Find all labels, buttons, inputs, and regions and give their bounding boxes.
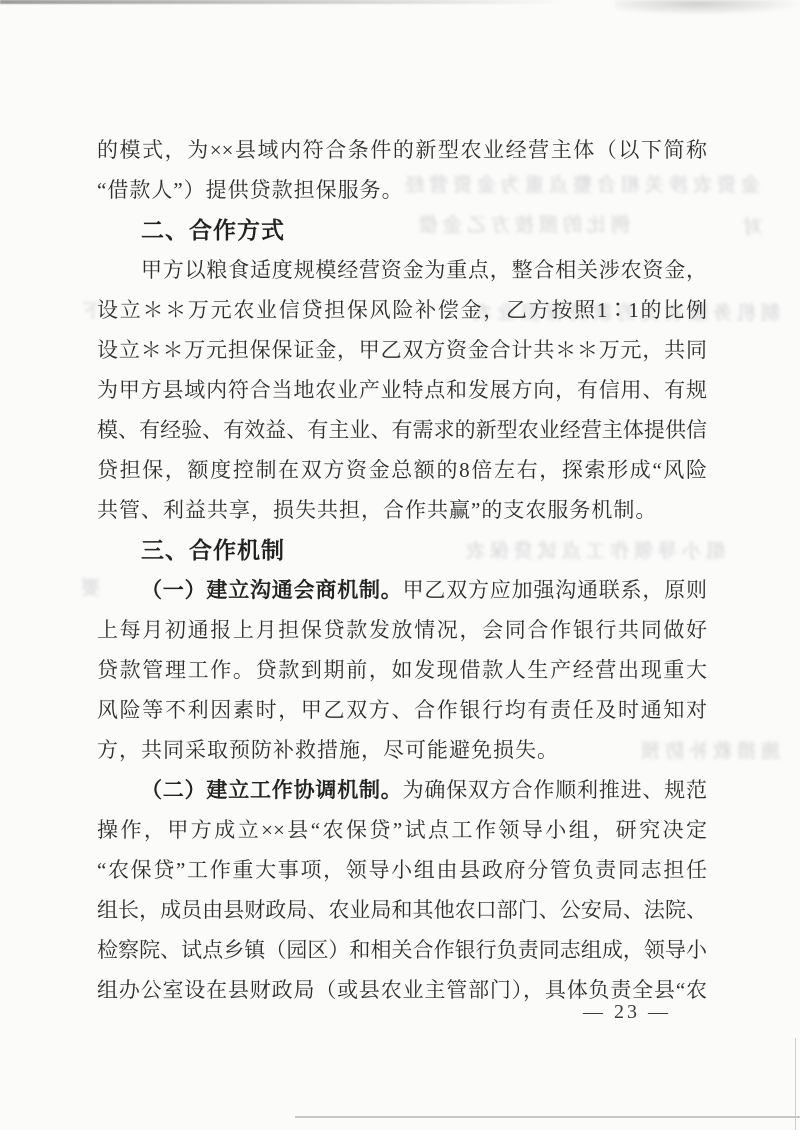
text-line: （一）建立沟通会商机制。甲乙双方应加强沟通联系，原则 <box>97 570 707 610</box>
clause-lead-bold: （二）建立工作协调机制。 <box>141 778 403 802</box>
text-line: 上每月初通报上月担保贷款发放情况，会同合作银行共同做好 <box>97 610 707 650</box>
text-line: 检察院、试点乡镇（园区）和相关合作银行负责同志组成，领导小 <box>97 930 707 970</box>
text-line: 的模式，为××县域内符合条件的新型农业经营主体（以下简称 <box>97 130 707 170</box>
page-right-edge-shadow <box>795 1038 796 1130</box>
text-line: 甲方以粮食适度规模经营资金为重点，整合相关涉农资金， <box>97 250 707 290</box>
text-line: 共管、利益共享，损失共担，合作共赢”的支农服务机制。 <box>97 490 707 530</box>
text-line: 方，共同采取预防补救措施，尽可能避免损失。 <box>97 730 707 770</box>
section-heading: 三、合作机制 <box>97 530 707 570</box>
page-top-edge-shadow <box>0 0 565 4</box>
text-line: 操作，甲方成立××县“农保贷”试点工作领导小组，研究决定 <box>97 810 707 850</box>
text-line: 风险等不利因素时，甲乙双方、合作银行均有责任及时通知对 <box>97 690 707 730</box>
text-line: （二）建立工作协调机制。为确保双方合作顺利推进、规范 <box>97 770 707 810</box>
text-line: 设立＊＊万元担保保证金，甲乙双方资金合计共＊＊万元，共同 <box>97 330 707 370</box>
text-line: “农保贷”工作重大事项，领导小组由县政府分管负责同志担任 <box>97 850 707 890</box>
bleedthrough-smudge: 对 <box>738 215 762 241</box>
section-heading: 二、合作方式 <box>97 210 707 250</box>
page-number: — 23 — <box>583 1001 671 1024</box>
page-bottom-edge-shadow <box>295 1116 800 1118</box>
text-line: 模、有经验、有效益、有主业、有需求的新型农业经营主体提供信 <box>97 410 707 450</box>
text-line: 组长，成员由县财政局、农业局和其他农口部门、公安局、法院、 <box>97 890 707 930</box>
text-line: 贷款管理工作。贷款到期前，如发现借款人生产经营出现重大 <box>97 650 707 690</box>
clause-lead-bold: （一）建立沟通会商机制。 <box>141 578 403 602</box>
page-top-right-smudge <box>615 0 800 15</box>
document-body: 的模式，为××县域内符合条件的新型农业经营主体（以下简称“借款人”）提供贷款担保… <box>97 130 707 1010</box>
scanned-document-page: { "colors": { "paper": "#fbfbf9", "ink":… <box>0 0 800 1130</box>
text-line: 为甲方县域内符合当地农业产业特点和发展方向，有信用、有规 <box>97 370 707 410</box>
text-line: 贷担保，额度控制在双方资金总额的8倍左右，探索形成“风险 <box>97 450 707 490</box>
text-line: 设立＊＊万元农业信贷担保风险补偿金，乙方按照1∶1的比例 <box>97 290 707 330</box>
text-line: “借款人”）提供贷款担保服务。 <box>97 170 707 210</box>
